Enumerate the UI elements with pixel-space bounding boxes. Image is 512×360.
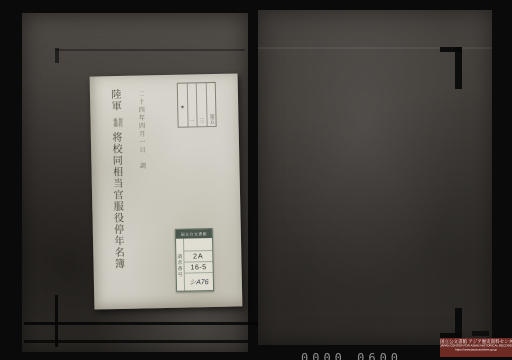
label-header-text: 国立公文書館 — [181, 231, 208, 237]
slip-mark: 一 — [190, 119, 195, 124]
registration-mark-top-right — [455, 47, 462, 89]
slip-mark: 三 — [199, 119, 204, 124]
label-row-class: 2A — [184, 251, 212, 263]
jacar-watermark-stamp: 国立公文書館 アジア歴史資料センター JAPAN CENTER FOR ASIA… — [440, 338, 512, 357]
slip-mark: 第五 — [209, 114, 214, 124]
binding-rule-upper — [24, 322, 274, 325]
label-body: 請求番号 2A 16-5 シA76 — [176, 238, 213, 291]
cover-crease-line — [55, 49, 245, 51]
registration-tick-top-left — [55, 48, 59, 63]
label-row-number: 16-5 — [184, 262, 212, 274]
classification-slip: ★ 一 三 第五 — [177, 82, 217, 128]
title-annotation-left: 後備 — [112, 118, 117, 127]
slip-column: 第五 — [205, 83, 215, 126]
label-row-empty — [184, 238, 212, 252]
title-annotation: 現役 後備 — [112, 118, 122, 127]
jacar-stamp-url-line: https://www.jacar.archives.go.jp — [440, 348, 512, 352]
document-title: 陸軍 現役 後備 将校同相当官服役停年名簿 — [100, 89, 126, 297]
document-cover: 二十四年四月一日 調 陸軍 現役 後備 将校同相当官服役停年名簿 ★ 一 三 第… — [90, 73, 243, 309]
edge-smudge-mark — [472, 331, 489, 336]
registration-mark-top-right-bar — [440, 47, 462, 52]
title-prefix: 陸軍 — [109, 89, 120, 112]
registration-cross-mark — [55, 295, 58, 347]
label-rows: 2A 16-5 シA76 — [184, 238, 213, 291]
scanned-archive-page: { "colors": { "stamp_bg": "#6d2b24", "la… — [0, 0, 512, 360]
left-cover-panel: 二十四年四月一日 調 陸軍 現役 後備 将校同相当官服役停年名簿 ★ 一 三 第… — [22, 13, 248, 352]
title-main: 将校同相当官服役停年名簿 — [110, 132, 124, 270]
slip-mark: ★ — [180, 106, 185, 111]
document-date-line: 二十四年四月一日 調 — [136, 90, 148, 250]
right-cover-panel — [258, 10, 492, 345]
jacar-stamp-text: 国立公文書館 アジア歴史資料センター JAPAN CENTER FOR ASIA… — [440, 338, 512, 352]
label-row-handwritten: シA76 — [185, 273, 213, 291]
frame-counter-digits: 0000 0600 — [301, 351, 402, 360]
archives-request-label: 国立公文書館 請求番号 2A 16-5 シA76 — [175, 228, 214, 292]
